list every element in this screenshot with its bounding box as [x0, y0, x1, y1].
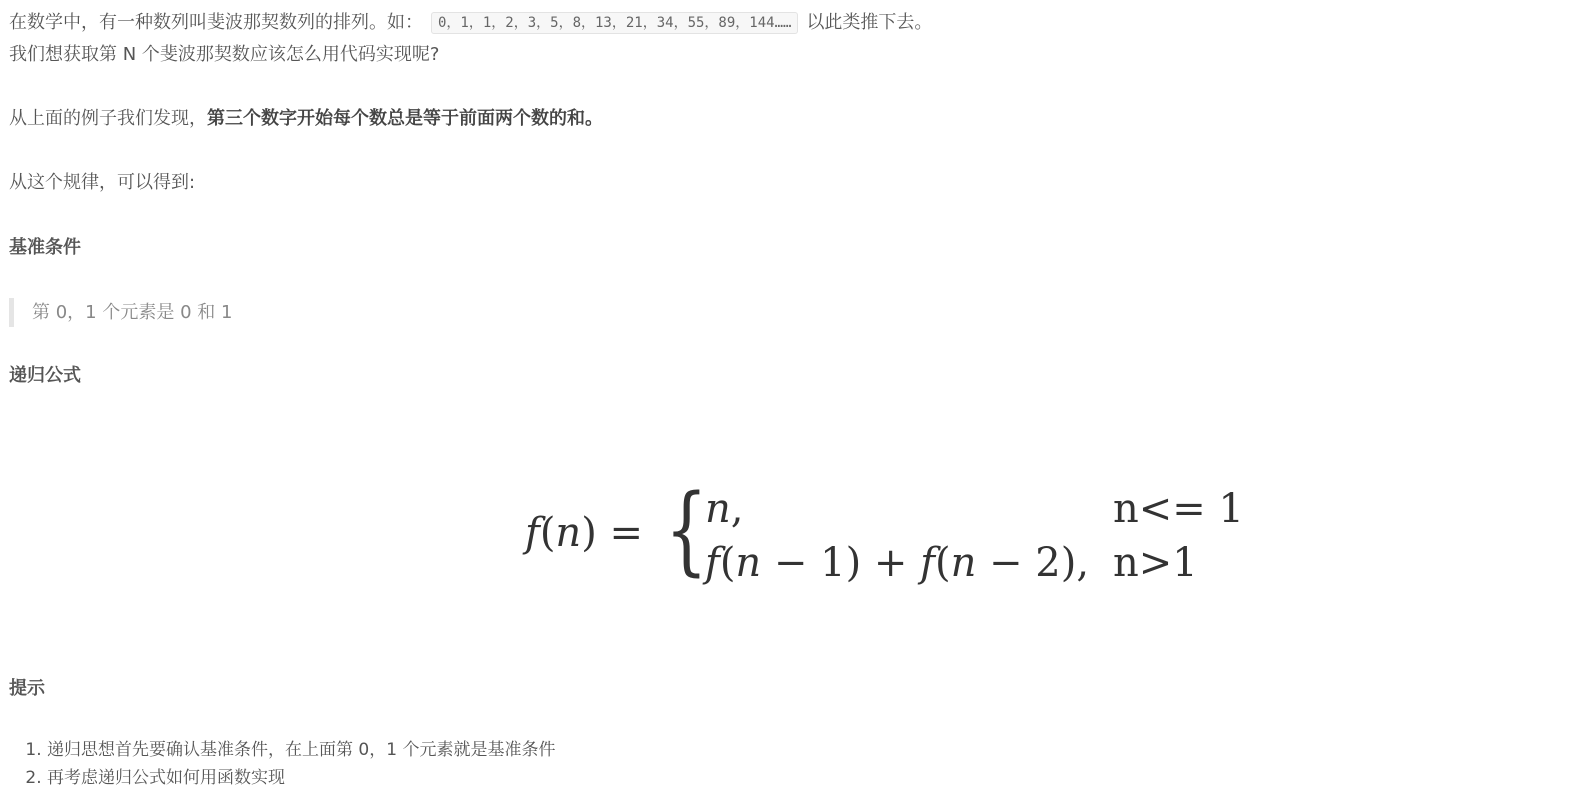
derive-text: 从这个规律，可以得到: [9, 170, 195, 196]
base-condition-heading-wrap: 基准条件 [9, 235, 81, 261]
observation: 从上面的例子我们发现，第三个数字开始每个数总是等于前面两个数的和。 [9, 106, 603, 132]
intro-line-1: 在数学中，有一种数列叫斐波那契数列的排列。如：0，1，1，2，3，5，8，13，… [9, 10, 932, 37]
formula-row1-expr: n, [705, 486, 743, 532]
recursion-heading: 递归公式 [9, 363, 81, 389]
base-condition-quote: 第 0，1 个元素是 0 和 1 [9, 298, 232, 327]
recursion-heading-wrap: 递归公式 [9, 363, 81, 389]
hints-heading-wrap: 提示 [9, 676, 45, 702]
formula-brace: { [665, 482, 708, 578]
hint-item: 再考虑递归公式如何用函数实现 [47, 764, 555, 792]
formula-lhs: f(n) = [525, 510, 643, 556]
base-condition-heading: 基准条件 [9, 235, 81, 261]
formula-row2-expr: f(n − 1) + f(n − 2), [705, 540, 1089, 586]
intro-text: 在数学中，有一种数列叫斐波那契数列的排列。如： [9, 12, 423, 33]
observation-text: 从上面的例子我们发现， [9, 108, 207, 129]
recursion-formula: f(n) = { n, n<= 1 f(n − 1) + f(n − 2), n… [525, 478, 1245, 598]
formula-row1-cond: n<= 1 [1113, 486, 1244, 532]
intro-line-2: 我们想获取第 N 个斐波那契数应该怎么用代码实现呢? [9, 42, 439, 68]
formula-row2-cond: n>1 [1113, 540, 1198, 586]
sequence-code: 0，1，1，2，3，5，8，13，21，34，55，89，144…… [431, 12, 798, 34]
intro-suffix: 以此类推下去。 [806, 12, 932, 33]
hints-heading: 提示 [9, 676, 45, 702]
observation-bold: 第三个数字开始每个数总是等于前面两个数的和。 [207, 108, 603, 129]
hint-item: 递归思想首先要确认基准条件，在上面第 0，1 个元素就是基准条件 [47, 736, 555, 764]
hints-list: 递归思想首先要确认基准条件，在上面第 0，1 个元素就是基准条件 再考虑递归公式… [9, 736, 555, 792]
